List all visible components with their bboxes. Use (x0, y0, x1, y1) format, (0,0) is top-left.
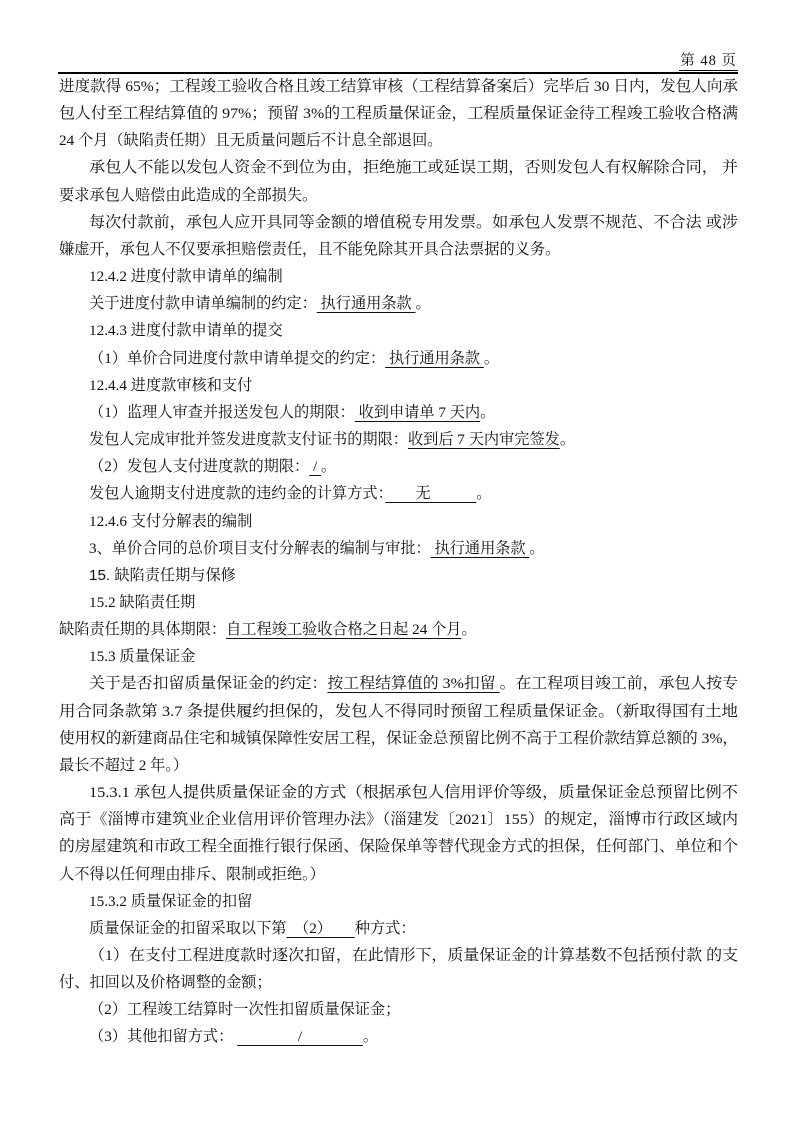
text-line: 嫌虚开，承包人不仅要承担赔偿责任，且不能免除其开具合法票据的义务。 (59, 236, 738, 263)
text-line: 12.4.2 进度付款申请单的编制 (59, 263, 738, 290)
text-run: 15.3 质量保证金 (89, 648, 195, 665)
text-line-content: （1）监理人审查并报送发包人的期限： 收到申请单 7 天内。 (89, 399, 495, 426)
text-line-content: 要求承包人赔偿由此造成的全部损失。 (59, 182, 317, 209)
text-line-content: 12.4.3 进度付款申请单的提交 (89, 317, 283, 344)
text-line-content: 最长不超过 2 年。） (59, 752, 188, 779)
filled-in-blank: 执行通用条款 (317, 295, 416, 312)
text-run: 种方式： (355, 920, 416, 937)
filled-in-blank: 无 (385, 485, 476, 502)
text-line-content: 12.4.4 进度款审核和支付 (89, 372, 252, 399)
text-line-content: 24 个月（缺陷责任期）且无质量问题后不计息全部退回。 (59, 127, 442, 154)
text-line-content: （2）工程竣工结算时一次性扣留质量保证金； (89, 996, 400, 1023)
text-line-content: 12.4.6 支付分解表的编制 (89, 508, 252, 535)
document-body: 进度款得 65%；工程竣工验收合格且竣工结算审核（工程结算备案后）完毕后 30 … (59, 73, 738, 1051)
text-run: 高于《淄博市建筑业企业信用评价管理办法》（淄建发〔2021〕155）的规定，淄博… (59, 811, 738, 828)
text-line-content: 15.3 质量保证金 (89, 643, 195, 670)
filled-in-blank: 收到申请单 7 天内 (355, 404, 480, 421)
text-line-content: 高于《淄博市建筑业企业信用评价管理办法》（淄建发〔2021〕155）的规定，淄博… (59, 806, 738, 833)
text-run: 24 个月（缺陷责任期）且无质量问题后不计息全部退回。 (59, 132, 442, 149)
text-run: 承包人不能以发包人资金不到位为由，拒绝施工或延误工期，否则发包人有权解除合同， … (89, 159, 738, 176)
text-line-content: 用合同条款第 3.7 条提供履约担保的，发包人不得同时预留工程质量保证金。（新取… (59, 698, 738, 725)
text-line: 包人付至工程结算值的 97%；预留 3%的工程质量保证金，工程质量保证金待工程竣… (59, 100, 738, 127)
text-line: 关于进度付款申请单编制的约定： 执行通用条款 。 (59, 290, 738, 317)
text-run: 嫌虚开，承包人不仅要承担赔偿责任，且不能免除其开具合法票据的义务。 (59, 241, 560, 258)
text-run: 12.4.2 进度付款申请单的编制 (89, 268, 283, 285)
text-line-content: 缺陷责任期的具体期限：自工程竣工验收合格之日起 24 个月。 (59, 616, 477, 643)
text-line: （2）发包人支付进度款的期限： / 。 (59, 453, 738, 480)
text-line: 12.4.4 进度款审核和支付 (59, 372, 738, 399)
text-line-content: 嫌虚开，承包人不仅要承担赔偿责任，且不能免除其开具合法票据的义务。 (59, 236, 560, 263)
text-run: 发包人逾期支付进度款的违约金的计算方式： (89, 485, 385, 502)
text-line: 3、单价合同的总价项目支付分解表的编制与审批： 执行通用条款 。 (59, 535, 738, 562)
text-line: 15.3.1 承包人提供质量保证金的方式（根据承包人信用评价等级，质量保证金总预… (59, 779, 738, 806)
text-run: 。 (416, 295, 431, 312)
filled-in-blank: 执行通用条款 (385, 350, 484, 367)
text-line-content: （1）在支付工程进度款时逐次扣留，在此情形下，质量保证金的计算基数不包括预付款 … (89, 942, 738, 969)
text-run: 进度款得 65%；工程竣工验收合格且竣工结算审核（工程结算备案后）完毕后 30 … (59, 78, 738, 95)
text-line-content: 15.3.2 质量保证金的扣留 (89, 888, 252, 915)
text-run: 。 (321, 458, 336, 475)
text-run: 使用权的新建商品住宅和城镇保障性安居工程，保证金总预留比例不高于工程价款结算总额… (59, 730, 738, 747)
filled-in-blank: 收到后 7 天内审完签发 (408, 431, 560, 448)
text-run: 关于是否扣留质量保证金的约定： (89, 675, 327, 692)
text-line-content: 承包人不能以发包人资金不到位为由，拒绝施工或延误工期，否则发包人有权解除合同， … (89, 154, 738, 181)
filled-in-blank: 自工程竣工验收合格之日起 24 个月 (226, 621, 461, 638)
text-line-content: 15.3.1 承包人提供质量保证金的方式（根据承包人信用评价等级，质量保证金总预… (89, 779, 738, 806)
document-page: 第 48 页 进度款得 65%；工程竣工验收合格且竣工结算审核（工程结算备案后）… (0, 0, 793, 1122)
text-line-content: （3）其他扣留方式： / 。 (89, 1023, 378, 1050)
text-run: 3、单价合同的总价项目支付分解表的编制与审批： (89, 540, 431, 557)
text-run: 人不得以任何理由排斥、限制或拒绝。） (59, 866, 325, 883)
text-line-content: 进度款得 65%；工程竣工验收合格且竣工结算审核（工程结算备案后）完毕后 30 … (59, 73, 738, 100)
text-line-content: 包人付至工程结算值的 97%；预留 3%的工程质量保证金，工程质量保证金待工程竣… (59, 100, 738, 127)
text-run: 。 (529, 540, 544, 557)
text-line-content: 15.2 缺陷责任期 (89, 589, 195, 616)
page-number: 第 48 页 (679, 52, 738, 71)
text-line: 15.3.2 质量保证金的扣留 (59, 888, 738, 915)
text-run: 发包人完成审批并签发进度款支付证书的期限： (89, 431, 408, 448)
text-run: 15.2 缺陷责任期 (89, 594, 195, 611)
text-line-content: 发包人逾期支付进度款的违约金的计算方式： 无 。 (89, 480, 491, 507)
text-line-content: 使用权的新建商品住宅和城镇保障性安居工程，保证金总预留比例不高于工程价款结算总额… (59, 725, 738, 752)
text-line-content: （2）发包人支付进度款的期限： / 。 (89, 453, 336, 480)
text-line: 12.4.3 进度付款申请单的提交 (59, 317, 738, 344)
text-line: （3）其他扣留方式： / 。 (59, 1023, 738, 1050)
text-line: 发包人逾期支付进度款的违约金的计算方式： 无 。 (59, 480, 738, 507)
text-run: 15.3.2 质量保证金的扣留 (89, 893, 252, 910)
text-run: 关于进度付款申请单编制的约定： (89, 295, 317, 312)
text-run: （3）其他扣留方式： (89, 1028, 237, 1045)
text-line-content: 12.4.2 进度付款申请单的编制 (89, 263, 283, 290)
filled-in-blank: 执行通用条款 (431, 540, 530, 557)
text-run: 15. 缺陷责任期与保修 (89, 567, 236, 584)
text-run: 用合同条款第 3.7 条提供履约担保的，发包人不得同时预留工程质量保证金。（新取… (59, 703, 738, 720)
text-run: 。 (476, 485, 491, 502)
text-line-content: 15. 缺陷责任期与保修 (89, 562, 236, 589)
text-run: 每次付款前，承包人应开具同等金额的增值税专用发票。如承包人发票不规范、不合法 或… (89, 214, 738, 231)
text-run: 12.4.4 进度款审核和支付 (89, 377, 252, 394)
text-run: 12.4.6 支付分解表的编制 (89, 513, 252, 530)
text-line: 最长不超过 2 年。） (59, 752, 738, 779)
text-line-content: 发包人完成审批并签发进度款支付证书的期限：收到后 7 天内审完签发。 (89, 426, 575, 453)
text-run: 的房屋建筑和市政工程全面推行银行保函、保险保单等替代现金方式的担保，任何部门、单… (59, 838, 738, 855)
text-line-content: 质量保证金的扣留采取以下第 （2） 种方式： (89, 915, 416, 942)
text-run: 15.3.1 承包人提供质量保证金的方式（根据承包人信用评价等级，质量保证金总预… (89, 784, 738, 801)
text-line-content: 人不得以任何理由排斥、限制或拒绝。） (59, 861, 325, 888)
text-line-content: 付、扣回以及价格调整的金额； (59, 969, 272, 996)
filled-in-blank: （2） (286, 920, 354, 937)
filled-in-blank: 按工程结算值的 3%扣留 (327, 675, 499, 692)
text-run: 缺陷责任期的具体期限： (59, 621, 226, 638)
text-run: 。 (461, 621, 476, 638)
text-line: （2）工程竣工结算时一次性扣留质量保证金； (59, 996, 738, 1023)
filled-in-blank: / (237, 1028, 363, 1045)
text-line-content: 关于进度付款申请单编制的约定： 执行通用条款 。 (89, 290, 431, 317)
text-line-content: 关于是否扣留质量保证金的约定：按工程结算值的 3%扣留 。在工程项目竣工前，承包… (89, 670, 738, 697)
text-line: 高于《淄博市建筑业企业信用评价管理办法》（淄建发〔2021〕155）的规定，淄博… (59, 806, 738, 833)
text-line: 要求承包人赔偿由此造成的全部损失。 (59, 182, 738, 209)
text-line-content: 的房屋建筑和市政工程全面推行银行保函、保险保单等替代现金方式的担保，任何部门、单… (59, 833, 738, 860)
text-line: 关于是否扣留质量保证金的约定：按工程结算值的 3%扣留 。在工程项目竣工前，承包… (59, 670, 738, 697)
text-run: 要求承包人赔偿由此造成的全部损失。 (59, 187, 317, 204)
text-line: 缺陷责任期的具体期限：自工程竣工验收合格之日起 24 个月。 (59, 616, 738, 643)
text-run: （1）在支付工程进度款时逐次扣留，在此情形下，质量保证金的计算基数不包括预付款 … (89, 947, 738, 964)
text-run: 。 (480, 404, 495, 421)
text-line: 15. 缺陷责任期与保修 (59, 562, 738, 589)
text-run: 质量保证金的扣留采取以下第 (89, 920, 286, 937)
text-line: 用合同条款第 3.7 条提供履约担保的，发包人不得同时预留工程质量保证金。（新取… (59, 698, 738, 725)
text-line-content: 每次付款前，承包人应开具同等金额的增值税专用发票。如承包人发票不规范、不合法 或… (89, 209, 738, 236)
text-line: 承包人不能以发包人资金不到位为由，拒绝施工或延误工期，否则发包人有权解除合同， … (59, 154, 738, 181)
text-line: 付、扣回以及价格调整的金额； (59, 969, 738, 996)
text-run: 付、扣回以及价格调整的金额； (59, 974, 272, 991)
text-line: （1）监理人审查并报送发包人的期限： 收到申请单 7 天内。 (59, 399, 738, 426)
text-line-content: 3、单价合同的总价项目支付分解表的编制与审批： 执行通用条款 。 (89, 535, 545, 562)
filled-in-blank: / (309, 458, 321, 475)
text-run: （1）单价合同进度付款申请单提交的约定： (89, 350, 385, 367)
text-line: 进度款得 65%；工程竣工验收合格且竣工结算审核（工程结算备案后）完毕后 30 … (59, 73, 738, 100)
text-line: 15.2 缺陷责任期 (59, 589, 738, 616)
text-line: （1）单价合同进度付款申请单提交的约定： 执行通用条款 。 (59, 345, 738, 372)
text-line: 发包人完成审批并签发进度款支付证书的期限：收到后 7 天内审完签发。 (59, 426, 738, 453)
text-run: 12.4.3 进度付款申请单的提交 (89, 322, 283, 339)
text-run: 。 (363, 1028, 378, 1045)
text-line: 24 个月（缺陷责任期）且无质量问题后不计息全部退回。 (59, 127, 738, 154)
text-line: 的房屋建筑和市政工程全面推行银行保函、保险保单等替代现金方式的担保，任何部门、单… (59, 833, 738, 860)
text-line-content: （1）单价合同进度付款申请单提交的约定： 执行通用条款 。 (89, 345, 499, 372)
text-run: （2）工程竣工结算时一次性扣留质量保证金； (89, 1001, 400, 1018)
text-run: （2）发包人支付进度款的期限： (89, 458, 309, 475)
text-run: 包人付至工程结算值的 97%；预留 3%的工程质量保证金，工程质量保证金待工程竣… (59, 105, 738, 122)
text-run: 最长不超过 2 年。） (59, 757, 188, 774)
text-line: 15.3 质量保证金 (59, 643, 738, 670)
text-line: （1）在支付工程进度款时逐次扣留，在此情形下，质量保证金的计算基数不包括预付款 … (59, 942, 738, 969)
text-run: （1）监理人审查并报送发包人的期限： (89, 404, 355, 421)
text-run: 。在工程项目竣工前，承包人按专 (500, 675, 738, 692)
text-line: 人不得以任何理由排斥、限制或拒绝。） (59, 861, 738, 888)
text-line: 质量保证金的扣留采取以下第 （2） 种方式： (59, 915, 738, 942)
text-line: 12.4.6 支付分解表的编制 (59, 508, 738, 535)
text-line: 使用权的新建商品住宅和城镇保障性安居工程，保证金总预留比例不高于工程价款结算总额… (59, 725, 738, 752)
text-line: 每次付款前，承包人应开具同等金额的增值税专用发票。如承包人发票不规范、不合法 或… (59, 209, 738, 236)
text-run: 。 (484, 350, 499, 367)
text-run: 。 (560, 431, 575, 448)
